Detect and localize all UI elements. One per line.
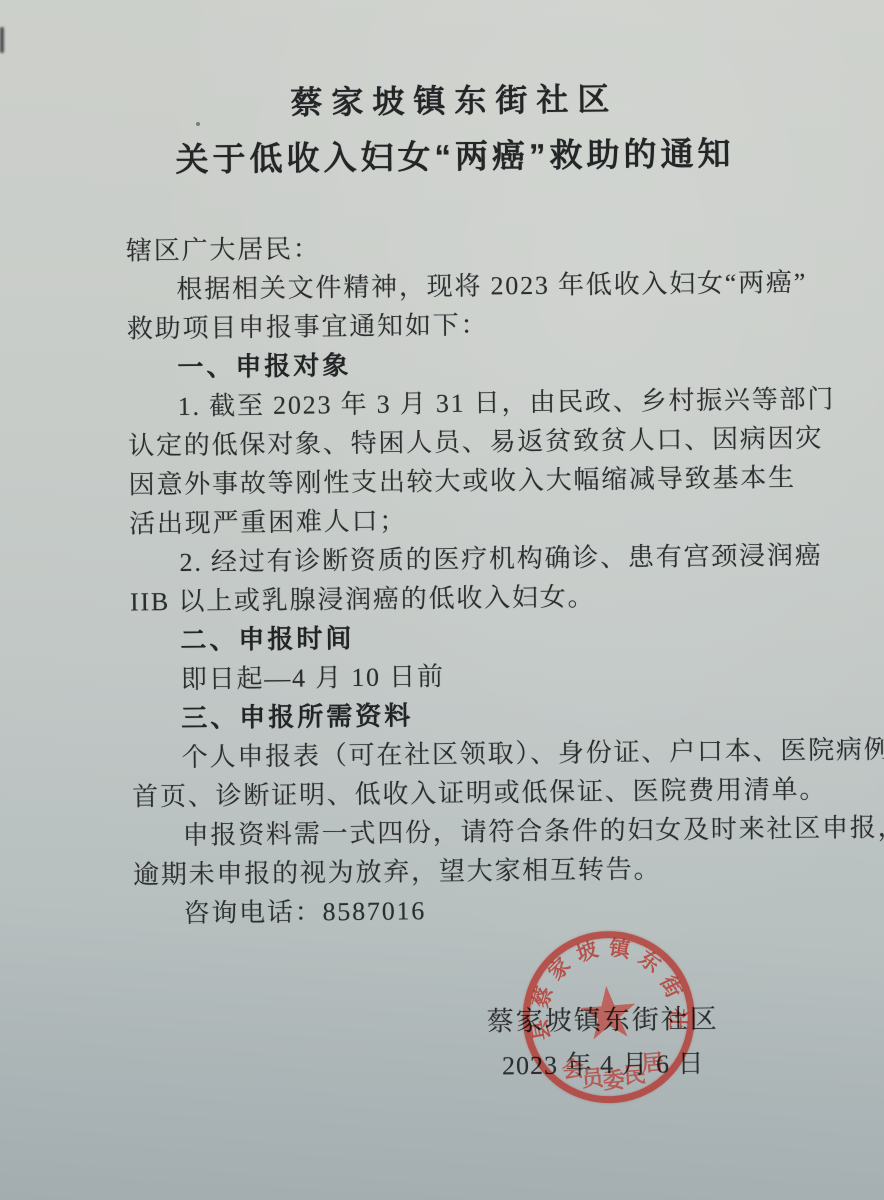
official-seal: ★ 县蔡家坡镇东街社居民委员会 xyxy=(516,924,701,1109)
body-line: 申报资料需一式四份，请符合条件的妇女及时来社区申报， xyxy=(132,809,754,855)
seal-arc-char: 社 xyxy=(665,1006,692,1031)
notice-subject-title: 关于低收入妇女“两癌”救助的通知 xyxy=(31,126,879,183)
photo-background: 蔡家坡镇东街社区 关于低收入妇女“两癌”救助的通知 辖区广大居民： 根据相关文件… xyxy=(0,0,884,1200)
body-line: 因意外事故等刚性支出较大或收入大幅缩减导致基本生 xyxy=(128,458,750,504)
seal-arc-char: 会 xyxy=(560,1054,586,1082)
body-line: 2. 经过有诊断资质的医疗机构确诊、患有宫颈浸润癌 xyxy=(129,536,751,582)
body-line: 根据相关文件精神，现将 2023 年低收入妇女“两癌” xyxy=(126,264,748,310)
notice-sheet: 蔡家坡镇东街社区 关于低收入妇女“两癌”救助的通知 辖区广大居民： 根据相关文件… xyxy=(0,0,884,1200)
notice-org-title: 蔡家坡镇东街社区 xyxy=(30,71,878,127)
seal-arc-char: 镇 xyxy=(606,933,634,962)
star-icon: ★ xyxy=(573,974,643,1051)
notice-header: 蔡家坡镇东街社区 关于低收入妇女“两癌”救助的通知 xyxy=(0,0,879,183)
seal-arc-char: 县 xyxy=(525,1016,555,1044)
notice-body: 辖区广大居民： 根据相关文件精神，现将 2023 年低收入妇女“两癌” 救助项目… xyxy=(126,225,756,934)
